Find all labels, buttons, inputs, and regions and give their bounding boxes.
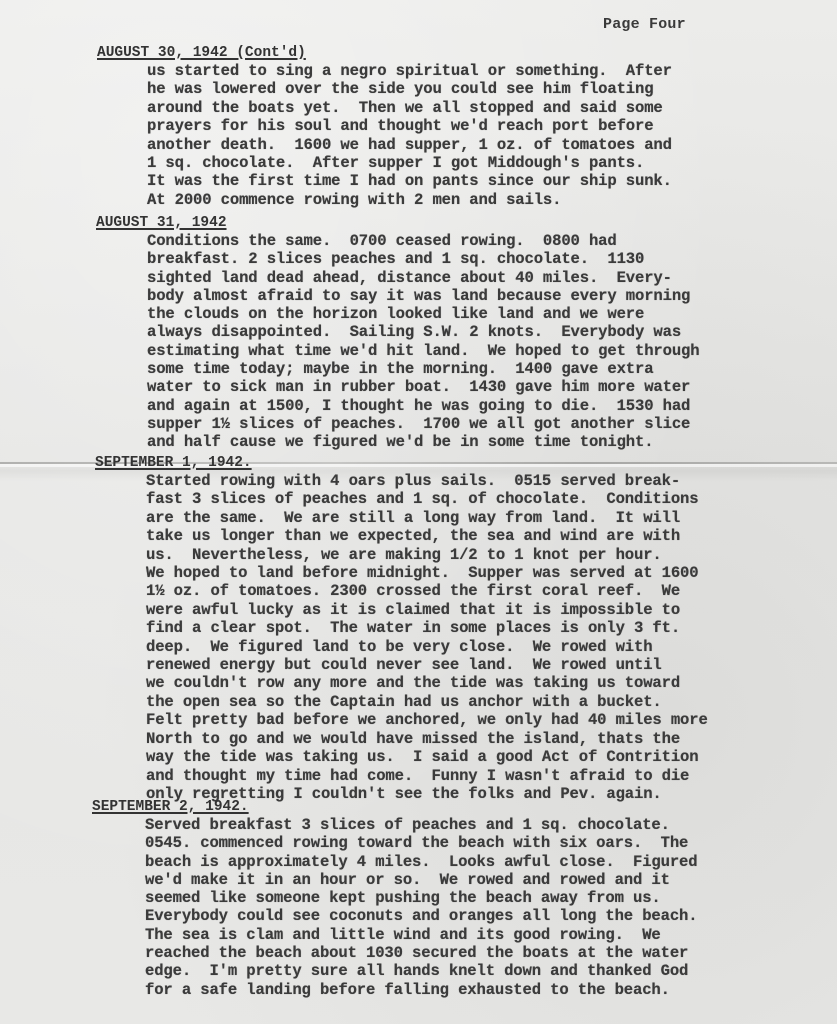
- text-line: body almost afraid to say it was land be…: [147, 287, 699, 305]
- text-line: beach is approximately 4 miles. Looks aw…: [145, 853, 697, 871]
- text-line: Conditions the same. 0700 ceased rowing.…: [147, 232, 699, 250]
- text-line: the clouds on the horizon looked like la…: [147, 305, 699, 323]
- entry-heading: AUGUST 31, 1942: [96, 215, 227, 231]
- entry-heading: AUGUST 30, 1942 (Cont'd): [97, 45, 306, 61]
- entry-body: Conditions the same. 0700 ceased rowing.…: [147, 232, 699, 452]
- text-line: 0545. commenced rowing toward the beach …: [145, 834, 697, 852]
- text-line: us. Nevertheless, we are making 1/2 to 1…: [146, 546, 708, 564]
- text-line: find a clear spot. The water in some pla…: [146, 619, 708, 637]
- text-line: another death. 1600 we had supper, 1 oz.…: [147, 136, 672, 154]
- text-line: fast 3 slices of peaches and 1 sq. of ch…: [146, 490, 708, 508]
- text-line: we'd make it in an hour or so. We rowed …: [145, 871, 697, 889]
- entry-body: Served breakfast 3 slices of peaches and…: [145, 816, 697, 999]
- text-line: around the boats yet. Then we all stoppe…: [147, 99, 672, 117]
- text-line: breakfast. 2 slices peaches and 1 sq. ch…: [147, 250, 699, 268]
- page-number: Page Four: [603, 16, 686, 33]
- text-line: some time today; maybe in the morning. 1…: [147, 360, 699, 378]
- entry-heading: SEPTEMBER 2, 1942.: [92, 799, 249, 815]
- text-line: Started rowing with 4 oars plus sails. 0…: [146, 472, 708, 490]
- text-line: It was the first time I had on pants sin…: [147, 172, 672, 190]
- text-line: the open sea so the Captain had us ancho…: [146, 693, 708, 711]
- text-line: were awful lucky as it is claimed that i…: [146, 601, 708, 619]
- text-line: take us longer than we expected, the sea…: [146, 527, 708, 545]
- entry-body: us started to sing a negro spiritual or …: [147, 62, 672, 209]
- text-line: 1½ oz. of tomatoes. 2300 crossed the fir…: [146, 582, 708, 600]
- text-line: Felt pretty bad before we anchored, we o…: [146, 711, 708, 729]
- text-line: and half cause we figured we'd be in som…: [147, 433, 699, 451]
- text-line: supper 1½ slices of peaches. 1700 we all…: [147, 415, 699, 433]
- text-line: deep. We figured land to be very close. …: [146, 638, 708, 656]
- text-line: Served breakfast 3 slices of peaches and…: [145, 816, 697, 834]
- text-line: The sea is clam and little wind and its …: [145, 926, 697, 944]
- text-line: estimating what time we'd hit land. We h…: [147, 342, 699, 360]
- text-line: for a safe landing before falling exhaus…: [145, 981, 697, 999]
- text-line: seemed like someone kept pushing the bea…: [145, 889, 697, 907]
- text-line: 1 sq. chocolate. After supper I got Midd…: [147, 154, 672, 172]
- text-line: us started to sing a negro spiritual or …: [147, 62, 672, 80]
- text-line: and again at 1500, I thought he was goin…: [147, 397, 699, 415]
- text-line: always disappointed. Sailing S.W. 2 knot…: [147, 323, 699, 341]
- text-line: are the same. We are still a long way fr…: [146, 509, 708, 527]
- text-line: renewed energy but could never see land.…: [146, 656, 708, 674]
- text-line: and thought my time had come. Funny I wa…: [146, 767, 708, 785]
- entry-body: Started rowing with 4 oars plus sails. 0…: [146, 472, 708, 803]
- text-line: reached the beach about 1030 secured the…: [145, 944, 697, 962]
- text-line: we couldn't row any more and the tide wa…: [146, 674, 708, 692]
- text-line: prayers for his soul and thought we'd re…: [147, 117, 672, 135]
- entry-heading: SEPTEMBER 1, 1942.: [95, 455, 252, 471]
- text-line: At 2000 commence rowing with 2 men and s…: [147, 191, 672, 209]
- text-line: North to go and we would have missed the…: [146, 730, 708, 748]
- text-line: Everybody could see coconuts and oranges…: [145, 907, 697, 925]
- text-line: way the tide was taking us. I said a goo…: [146, 748, 708, 766]
- text-line: water to sick man in rubber boat. 1430 g…: [147, 378, 699, 396]
- text-line: We hoped to land before midnight. Supper…: [146, 564, 708, 582]
- text-line: he was lowered over the side you could s…: [147, 80, 672, 98]
- text-line: sighted land dead ahead, distance about …: [147, 269, 699, 287]
- text-line: edge. I'm pretty sure all hands knelt do…: [145, 962, 697, 980]
